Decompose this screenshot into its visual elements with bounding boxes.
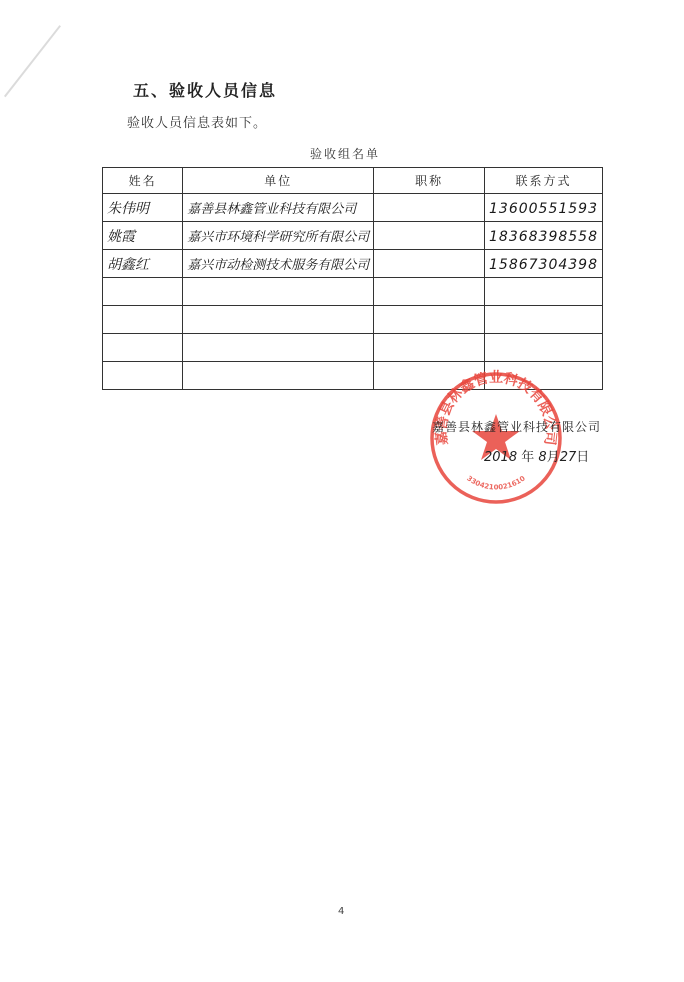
date-month-suffix: 月 — [547, 450, 560, 465]
table-row — [103, 306, 603, 334]
cell-title — [374, 334, 485, 362]
cell-contact-text: 18368398558 — [489, 229, 598, 245]
cell-title — [374, 306, 485, 334]
cell-title — [374, 250, 485, 278]
cell-contact — [485, 362, 603, 390]
table-row — [103, 278, 603, 306]
cell-unit-text: 嘉兴市动检测技术服务有限公司 — [187, 258, 369, 273]
date-year: 2018 — [484, 450, 517, 465]
cell-unit — [183, 306, 374, 334]
cell-contact — [485, 334, 603, 362]
table-row: 朱伟明嘉善县林鑫管业科技有限公司13600551593 — [103, 194, 603, 222]
cell-name: 胡鑫红 — [103, 250, 183, 278]
cell-contact: 15867304398 — [485, 250, 603, 278]
cell-unit — [183, 362, 374, 390]
table-row — [103, 362, 603, 390]
table-caption: 验收组名单 — [310, 145, 380, 162]
svg-text:3304210021610: 3304210021610 — [465, 474, 527, 491]
date-day-suffix: 日 — [576, 450, 589, 465]
signing-date: 2018 年 8月27日 — [484, 446, 589, 465]
table-header-row: 姓名 单位 职称 联系方式 — [103, 168, 603, 194]
cell-title — [374, 362, 485, 390]
cell-contact: 18368398558 — [485, 222, 603, 250]
cell-name: 姚霞 — [103, 222, 183, 250]
cell-contact — [485, 278, 603, 306]
cell-unit-text: 嘉善县林鑫管业科技有限公司 — [187, 202, 356, 217]
header-contact: 联系方式 — [485, 168, 603, 194]
cell-name-text: 姚霞 — [107, 229, 135, 245]
table-body: 朱伟明嘉善县林鑫管业科技有限公司13600551593姚霞嘉兴市环境科学研究所有… — [103, 194, 603, 390]
cell-contact-text: 13600551593 — [489, 201, 598, 217]
cell-unit: 嘉兴市环境科学研究所有限公司 — [183, 222, 374, 250]
date-month: 8 — [538, 450, 546, 465]
date-day: 27 — [560, 450, 577, 465]
cell-name — [103, 362, 183, 390]
cell-unit-text: 嘉兴市环境科学研究所有限公司 — [187, 230, 369, 245]
cell-unit — [183, 334, 374, 362]
page-number: 4 — [338, 906, 344, 917]
cell-name: 朱伟明 — [103, 194, 183, 222]
cell-contact — [485, 306, 603, 334]
cell-name — [103, 278, 183, 306]
table-row: 胡鑫红嘉兴市动检测技术服务有限公司15867304398 — [103, 250, 603, 278]
table-row — [103, 334, 603, 362]
date-year-suffix: 年 — [521, 450, 534, 465]
cell-name — [103, 334, 183, 362]
cell-unit — [183, 278, 374, 306]
signing-company: 嘉善县林鑫管业科技有限公司 — [432, 418, 601, 435]
intro-text: 验收人员信息表如下。 — [127, 112, 267, 131]
cell-name — [103, 306, 183, 334]
scan-edge-mark — [4, 25, 61, 97]
header-title: 职称 — [374, 168, 485, 194]
cell-title — [374, 222, 485, 250]
cell-title — [374, 194, 485, 222]
header-unit: 单位 — [183, 168, 374, 194]
acceptance-roster-table: 姓名 单位 职称 联系方式 朱伟明嘉善县林鑫管业科技有限公司1360055159… — [102, 167, 603, 390]
header-name: 姓名 — [103, 168, 183, 194]
cell-contact: 13600551593 — [485, 194, 603, 222]
cell-unit: 嘉兴市动检测技术服务有限公司 — [183, 250, 374, 278]
section-title: 五、验收人员信息 — [133, 78, 277, 101]
cell-contact-text: 15867304398 — [489, 257, 598, 273]
cell-unit: 嘉善县林鑫管业科技有限公司 — [183, 194, 374, 222]
table-row: 姚霞嘉兴市环境科学研究所有限公司18368398558 — [103, 222, 603, 250]
cell-title — [374, 278, 485, 306]
cell-name-text: 胡鑫红 — [107, 257, 149, 273]
cell-name-text: 朱伟明 — [107, 201, 149, 217]
